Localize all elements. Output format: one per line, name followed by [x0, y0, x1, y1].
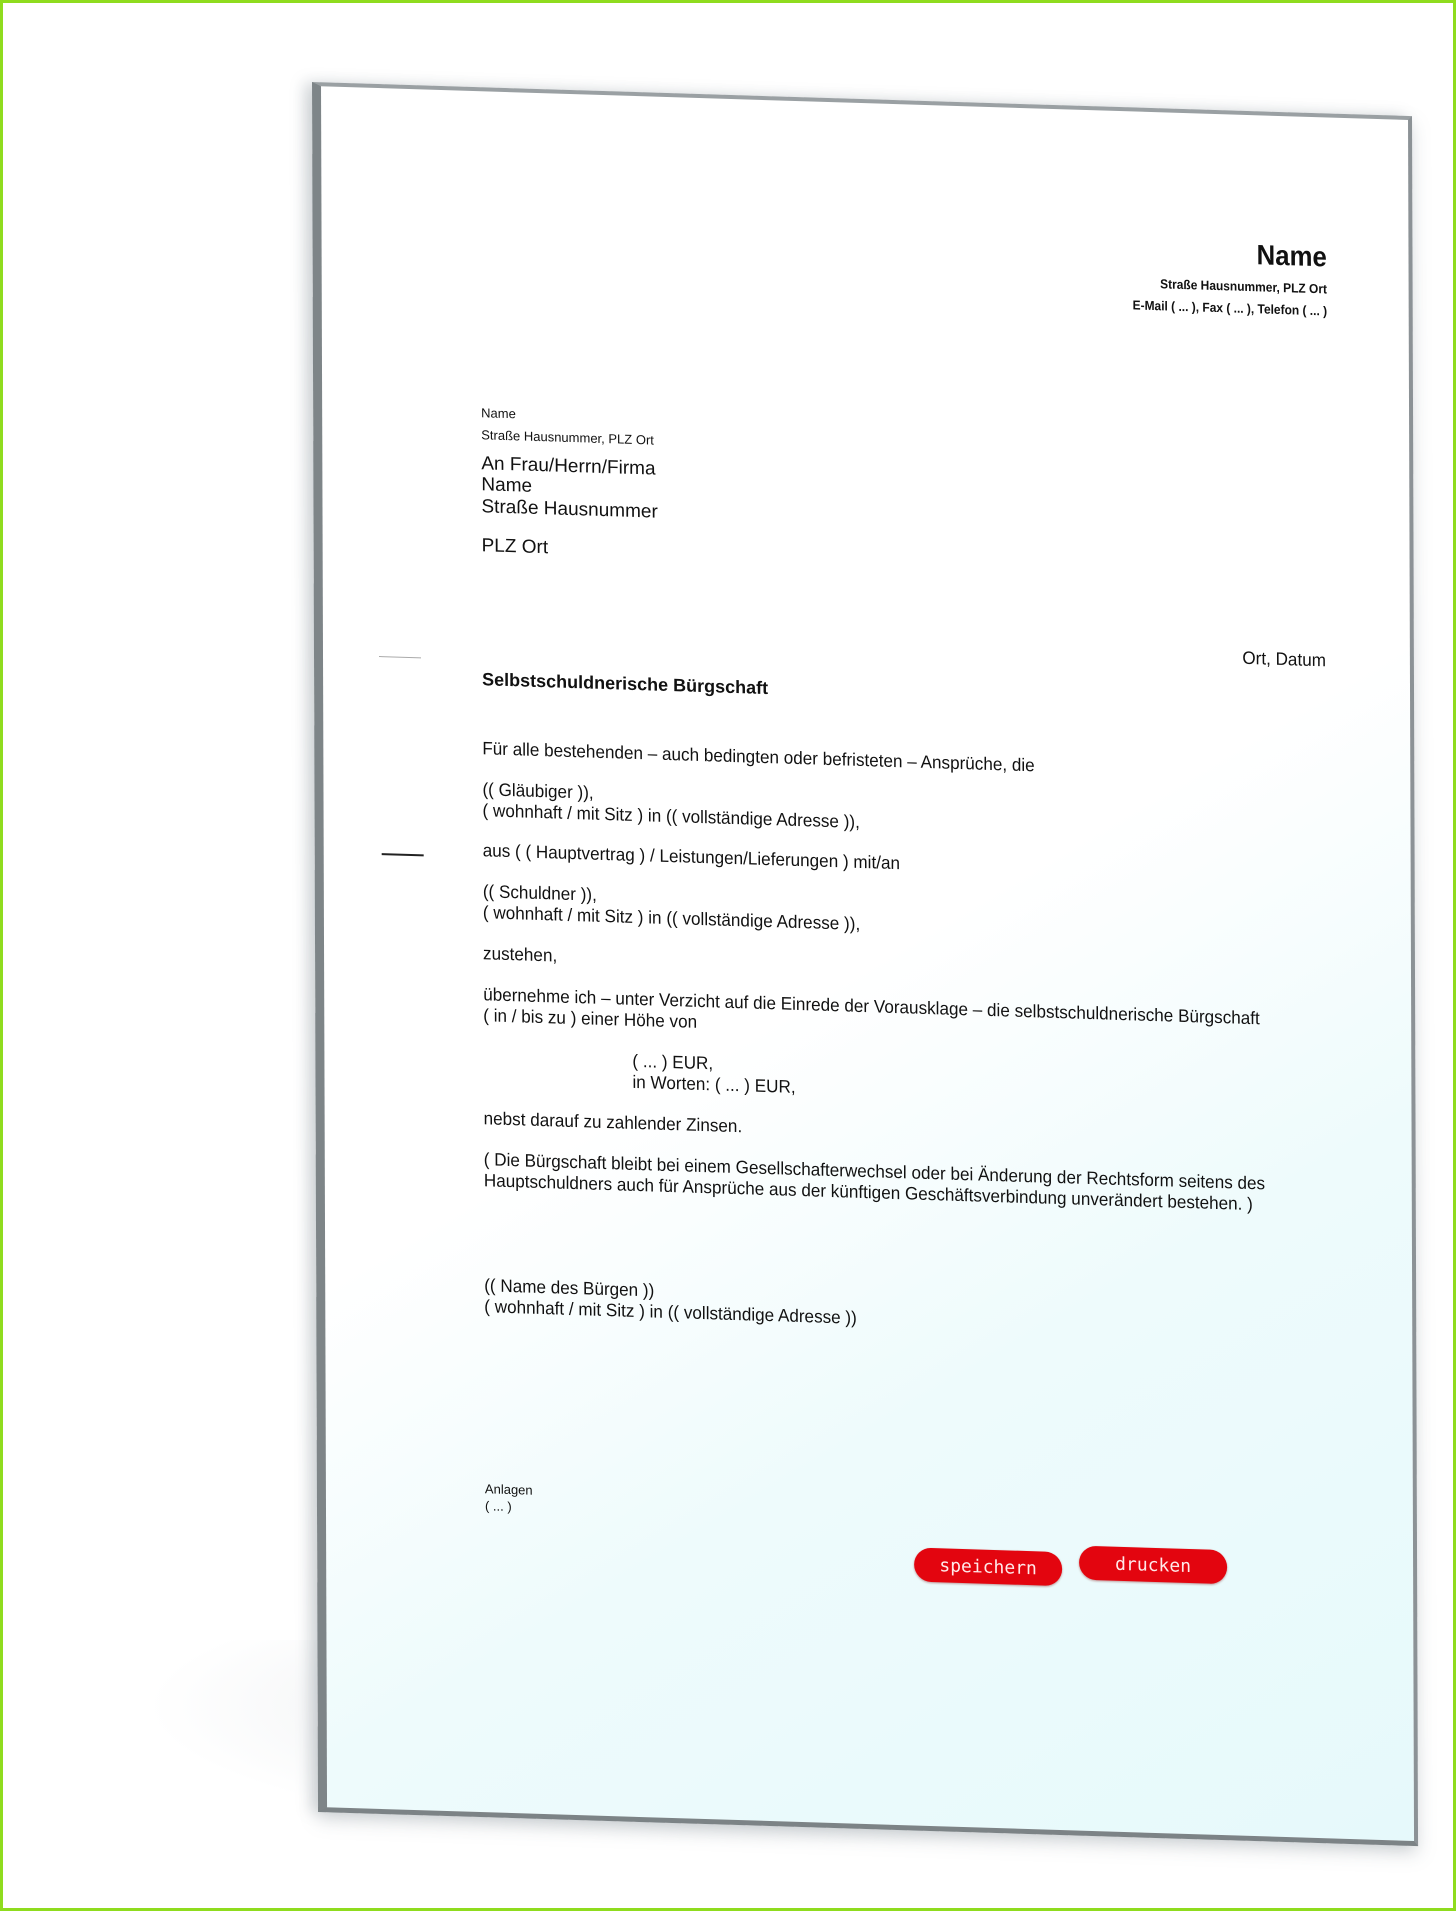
interest-text: nebst darauf zu zahlender Zinsen. [484, 1108, 743, 1137]
return-name: Name [481, 405, 516, 421]
recipient-street: Straße Hausnummer [481, 496, 657, 522]
attachments-value: ( ... ) [485, 1498, 512, 1514]
letter-page: Name Straße Hausnummer, PLZ Ort E-Mail (… [312, 82, 1418, 1846]
creditor-address: ( wohnhaft / mit Sitz ) in (( vollständi… [482, 800, 859, 833]
save-button[interactable]: speichern [914, 1548, 1062, 1587]
subject-title: Selbstschuldnerische Bürgschaft [482, 669, 768, 699]
guarantor-address: ( wohnhaft / mit Sitz ) in (( vollständi… [484, 1296, 857, 1329]
amount-words: in Worten: ( ... ) EUR, [632, 1072, 795, 1098]
debtor-address: ( wohnhaft / mit Sitz ) in (( vollständi… [483, 902, 860, 935]
punch-mark [382, 853, 424, 856]
fold-mark [379, 656, 421, 658]
recipient-city: PLZ Ort [482, 535, 549, 558]
return-address: Straße Hausnummer, PLZ Ort [481, 427, 654, 447]
recipient-name: Name [481, 474, 532, 497]
place-date: Ort, Datum [1242, 648, 1326, 672]
sender-address: Straße Hausnummer, PLZ Ort [1160, 276, 1327, 296]
attachments-label: Anlagen [485, 1481, 533, 1497]
sender-contact: E-Mail ( ... ), Fax ( ... ), Telefon ( .… [1132, 297, 1327, 318]
zustehen-text: zustehen, [483, 943, 557, 966]
print-button[interactable]: drucken [1079, 1546, 1227, 1585]
sender-name: Name [1256, 239, 1326, 273]
amount: ( ... ) EUR, [632, 1051, 713, 1075]
contract-text: aus ( ( Hauptvertrag ) / Leistungen/Lief… [483, 840, 900, 874]
intro-text: Für alle bestehenden – auch bedingten od… [482, 738, 1034, 776]
